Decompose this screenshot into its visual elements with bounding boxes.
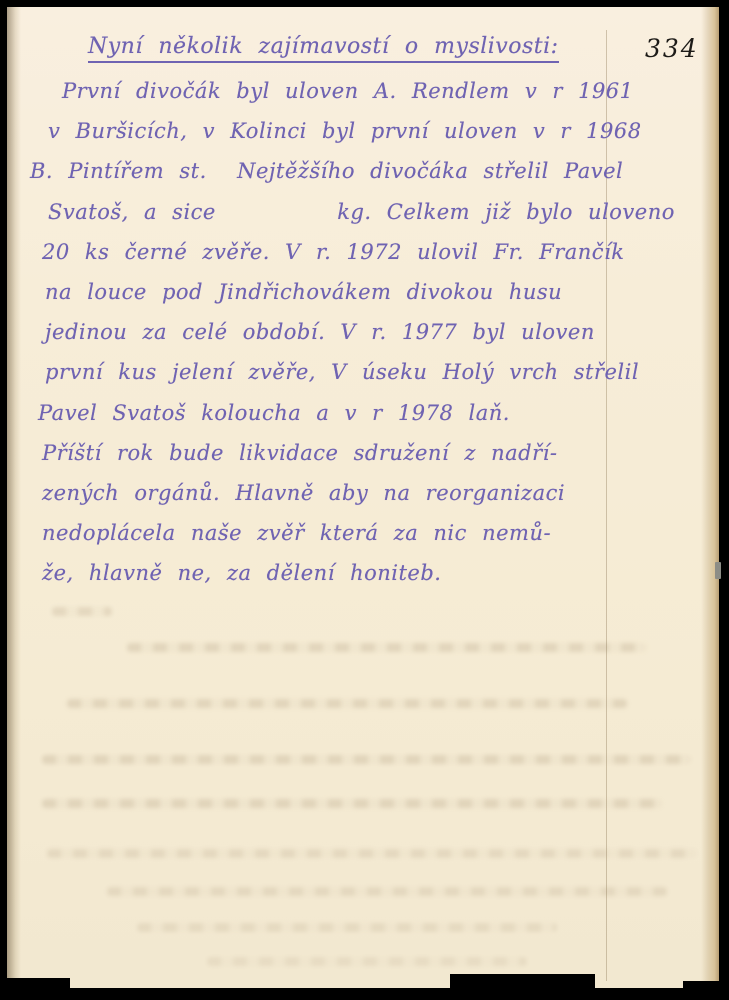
handwritten-line: B. Pintířem st. Nejtěžšího divočáka stře… (18, 151, 708, 191)
handwritten-line: Svatoš, a sice kg. Celkem již bylo ulove… (18, 192, 708, 232)
bleedthrough-line (42, 799, 662, 808)
handwritten-line: Příští rok bude likvidace sdružení z nad… (18, 433, 708, 473)
bleedthrough-line (127, 643, 647, 652)
handwritten-line: jedinou za celé období. V r. 1977 byl ul… (18, 312, 708, 352)
handwritten-line: že, hlavně ne, za dělení honiteb. (18, 553, 708, 593)
handwritten-line: první kus jelení zvěře, V úseku Holý vrc… (18, 352, 708, 392)
scan-border-bottom-bump (450, 974, 595, 1000)
bleedthrough-line (67, 699, 627, 708)
scan-border-bottom-left (0, 978, 70, 1000)
manuscript-body: První divočák byl uloven A. Rendlem v r … (18, 71, 708, 593)
handwritten-line: Pavel Svatoš koloucha a v r 1978 laň. (18, 393, 708, 433)
handwritten-line: 20 ks černé zvěře. V r. 1972 ulovil Fr. … (18, 232, 708, 272)
manuscript-heading: Nyní několik zajímavostí o myslivosti: (88, 34, 559, 63)
handwritten-text-block: Nyní několik zajímavostí o myslivosti: P… (18, 24, 708, 593)
handwritten-line: v Buršicích, v Kolinci byl první uloven … (18, 111, 708, 151)
bleedthrough-line (207, 957, 527, 966)
bleedthrough-line (137, 923, 557, 932)
bleedthrough-line (42, 755, 692, 764)
handwritten-line: zených orgánů. Hlavně aby na reorganizac… (18, 473, 708, 513)
scan-artifact-notch (715, 562, 721, 579)
scan-border-bottom (0, 988, 729, 1000)
handwritten-line: První divočák byl uloven A. Rendlem v r … (18, 71, 708, 111)
bleedthrough-line (52, 607, 112, 616)
handwritten-line: nedoplácela naše zvěř která za nic nemů- (18, 513, 708, 553)
scan-border-bottom-right (683, 981, 729, 1000)
handwritten-line: na louce pod Jindřichovákem divokou husu (18, 272, 708, 312)
bleedthrough-line (107, 887, 667, 896)
bleedthrough-line (47, 849, 697, 858)
